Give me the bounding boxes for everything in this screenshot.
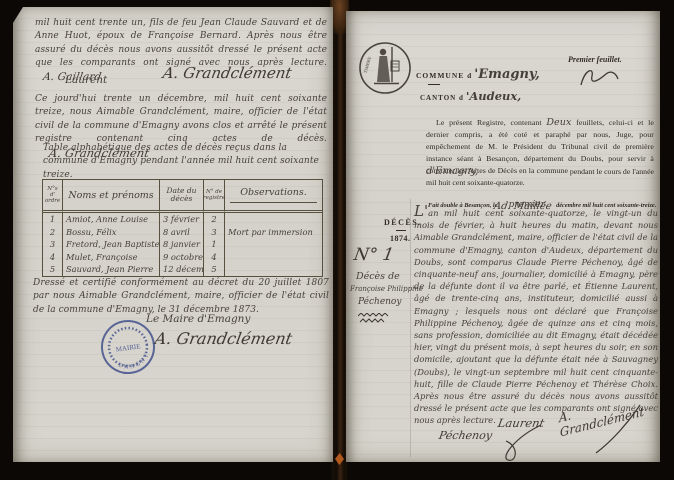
table-cell: 8 janvier <box>160 238 204 251</box>
table-cell <box>225 251 322 264</box>
col-header-order-no: N°s d' ordre <box>43 180 63 213</box>
first-leaf-label: Premier feuillet. <box>568 55 622 64</box>
table-cell: 4 <box>43 251 63 264</box>
margin-rule <box>410 199 411 457</box>
grandclement-flourish-icon <box>578 403 642 455</box>
certification-paragraph: Dressé et certifié conformément au décre… <box>33 277 329 317</box>
canton-label: CANTON d'Audeux, <box>420 89 521 103</box>
register-part1: Le présent Registre, contenant <box>436 118 542 127</box>
commune-label: COMMUNE d'Emagny, <box>416 67 540 82</box>
margin-act-number: N° 1 <box>352 245 395 265</box>
mairie-stamp-icon: MAIRIE EMAGNY <box>95 313 161 380</box>
table-cell: 3 <box>43 238 63 251</box>
table-title: Table alphabétique des actes de décès re… <box>43 142 325 182</box>
table-cell: Sauvard, Jean Pierre <box>63 263 160 276</box>
svg-text:EMAGNY: EMAGNY <box>115 350 153 372</box>
table-cell <box>225 238 322 251</box>
table-cell: Bossu, Félix <box>63 226 160 239</box>
right-page: TIMBRE COMMUNE d'Emagny, CANTON d'Audeux… <box>346 11 660 462</box>
register-part4: mil huit cent soixante-quatorze. <box>426 178 525 187</box>
table-cell: 12 décembre <box>160 263 204 276</box>
judge-paraph-icon <box>578 65 622 91</box>
margin-zigzag-icon <box>358 313 392 323</box>
register-part3: pendant le cours de l'année <box>570 167 654 176</box>
left-page: mil huit cent trente un, fils de feu Jea… <box>13 7 333 462</box>
register-filled-commune: d'Emagny, <box>426 166 478 177</box>
col-header-date: Date du décès <box>160 180 204 213</box>
table-cell: Mulet, Françoise <box>63 251 160 264</box>
register-commune-line: d'Emagny, pendant le cours de l'année <box>426 166 654 177</box>
col-header-register-no: N° de registre <box>204 180 225 213</box>
stamp-bottom-text: EMAGNY <box>115 350 153 372</box>
book-gutter <box>332 0 347 480</box>
table-cell: 9 octobre <box>160 251 204 264</box>
table-cell: 5 <box>43 263 63 276</box>
alphabetical-death-table: N°s d' ordre Noms et prénoms Date du déc… <box>42 179 323 277</box>
table-cell: 3 février <box>160 213 204 226</box>
table-cell: 3 <box>204 226 225 239</box>
canton-value: 'Audeux, <box>466 89 521 103</box>
stamp-center-text: MAIRIE <box>115 342 141 353</box>
signature-grandclement-large: A. Grandclément <box>161 64 293 82</box>
margin-act-title-2: Françoise Philippine <box>350 285 423 293</box>
register-filled-count: Deux <box>546 117 571 128</box>
table-cell: 4 <box>204 251 225 264</box>
commune-label-text: COMMUNE d <box>416 71 472 80</box>
table-cell: 1 <box>43 213 63 226</box>
table-cell: Fretord, Jean Baptiste <box>63 238 160 251</box>
table-cell: 8 avril <box>160 226 204 239</box>
table-cell <box>225 263 322 276</box>
signature-grandclement-mayor: A. Grandclément <box>153 329 294 348</box>
col-header-observations: Observations. <box>225 180 322 213</box>
signature-pechenoy: Péchenoy <box>438 429 493 442</box>
timbre-rim-text: TIMBRE <box>363 56 372 74</box>
margin-act-title-3: Péchenoy <box>358 297 401 307</box>
table-cell: 2 <box>204 213 225 226</box>
header-divider <box>428 84 440 85</box>
mayor-title: Le Maire d'Emagny <box>146 313 250 325</box>
canton-label-text: CANTON d <box>420 94 464 102</box>
col-header-name: Noms et prénoms <box>63 180 160 213</box>
margin-divider <box>396 230 406 231</box>
laurent-flourish-icon <box>486 423 546 463</box>
margin-act-title-1: Décès de <box>356 271 400 282</box>
table-cell: 5 <box>204 263 225 276</box>
table-cell: Mort par immersion <box>225 226 322 239</box>
signature-laurent: Laurent <box>65 74 107 86</box>
table-cell <box>225 213 322 226</box>
previous-act-end-text: mil huit cent trente un, fils de feu Jea… <box>35 18 327 68</box>
table-cell: 2 <box>43 226 63 239</box>
revenue-stamp-icon: TIMBRE <box>357 40 413 96</box>
death-act-text: L'an mil huit cent soixante-quatorze, le… <box>414 207 658 427</box>
commune-value: 'Emagny, <box>474 67 539 82</box>
register-closing-text: Ce jourd'hui trente un décembre, mil hui… <box>35 94 327 144</box>
table-cell: 1 <box>204 238 225 251</box>
margin-year: 1874. <box>390 234 411 243</box>
table-cell: Amiot, Anne Louise <box>63 213 160 226</box>
